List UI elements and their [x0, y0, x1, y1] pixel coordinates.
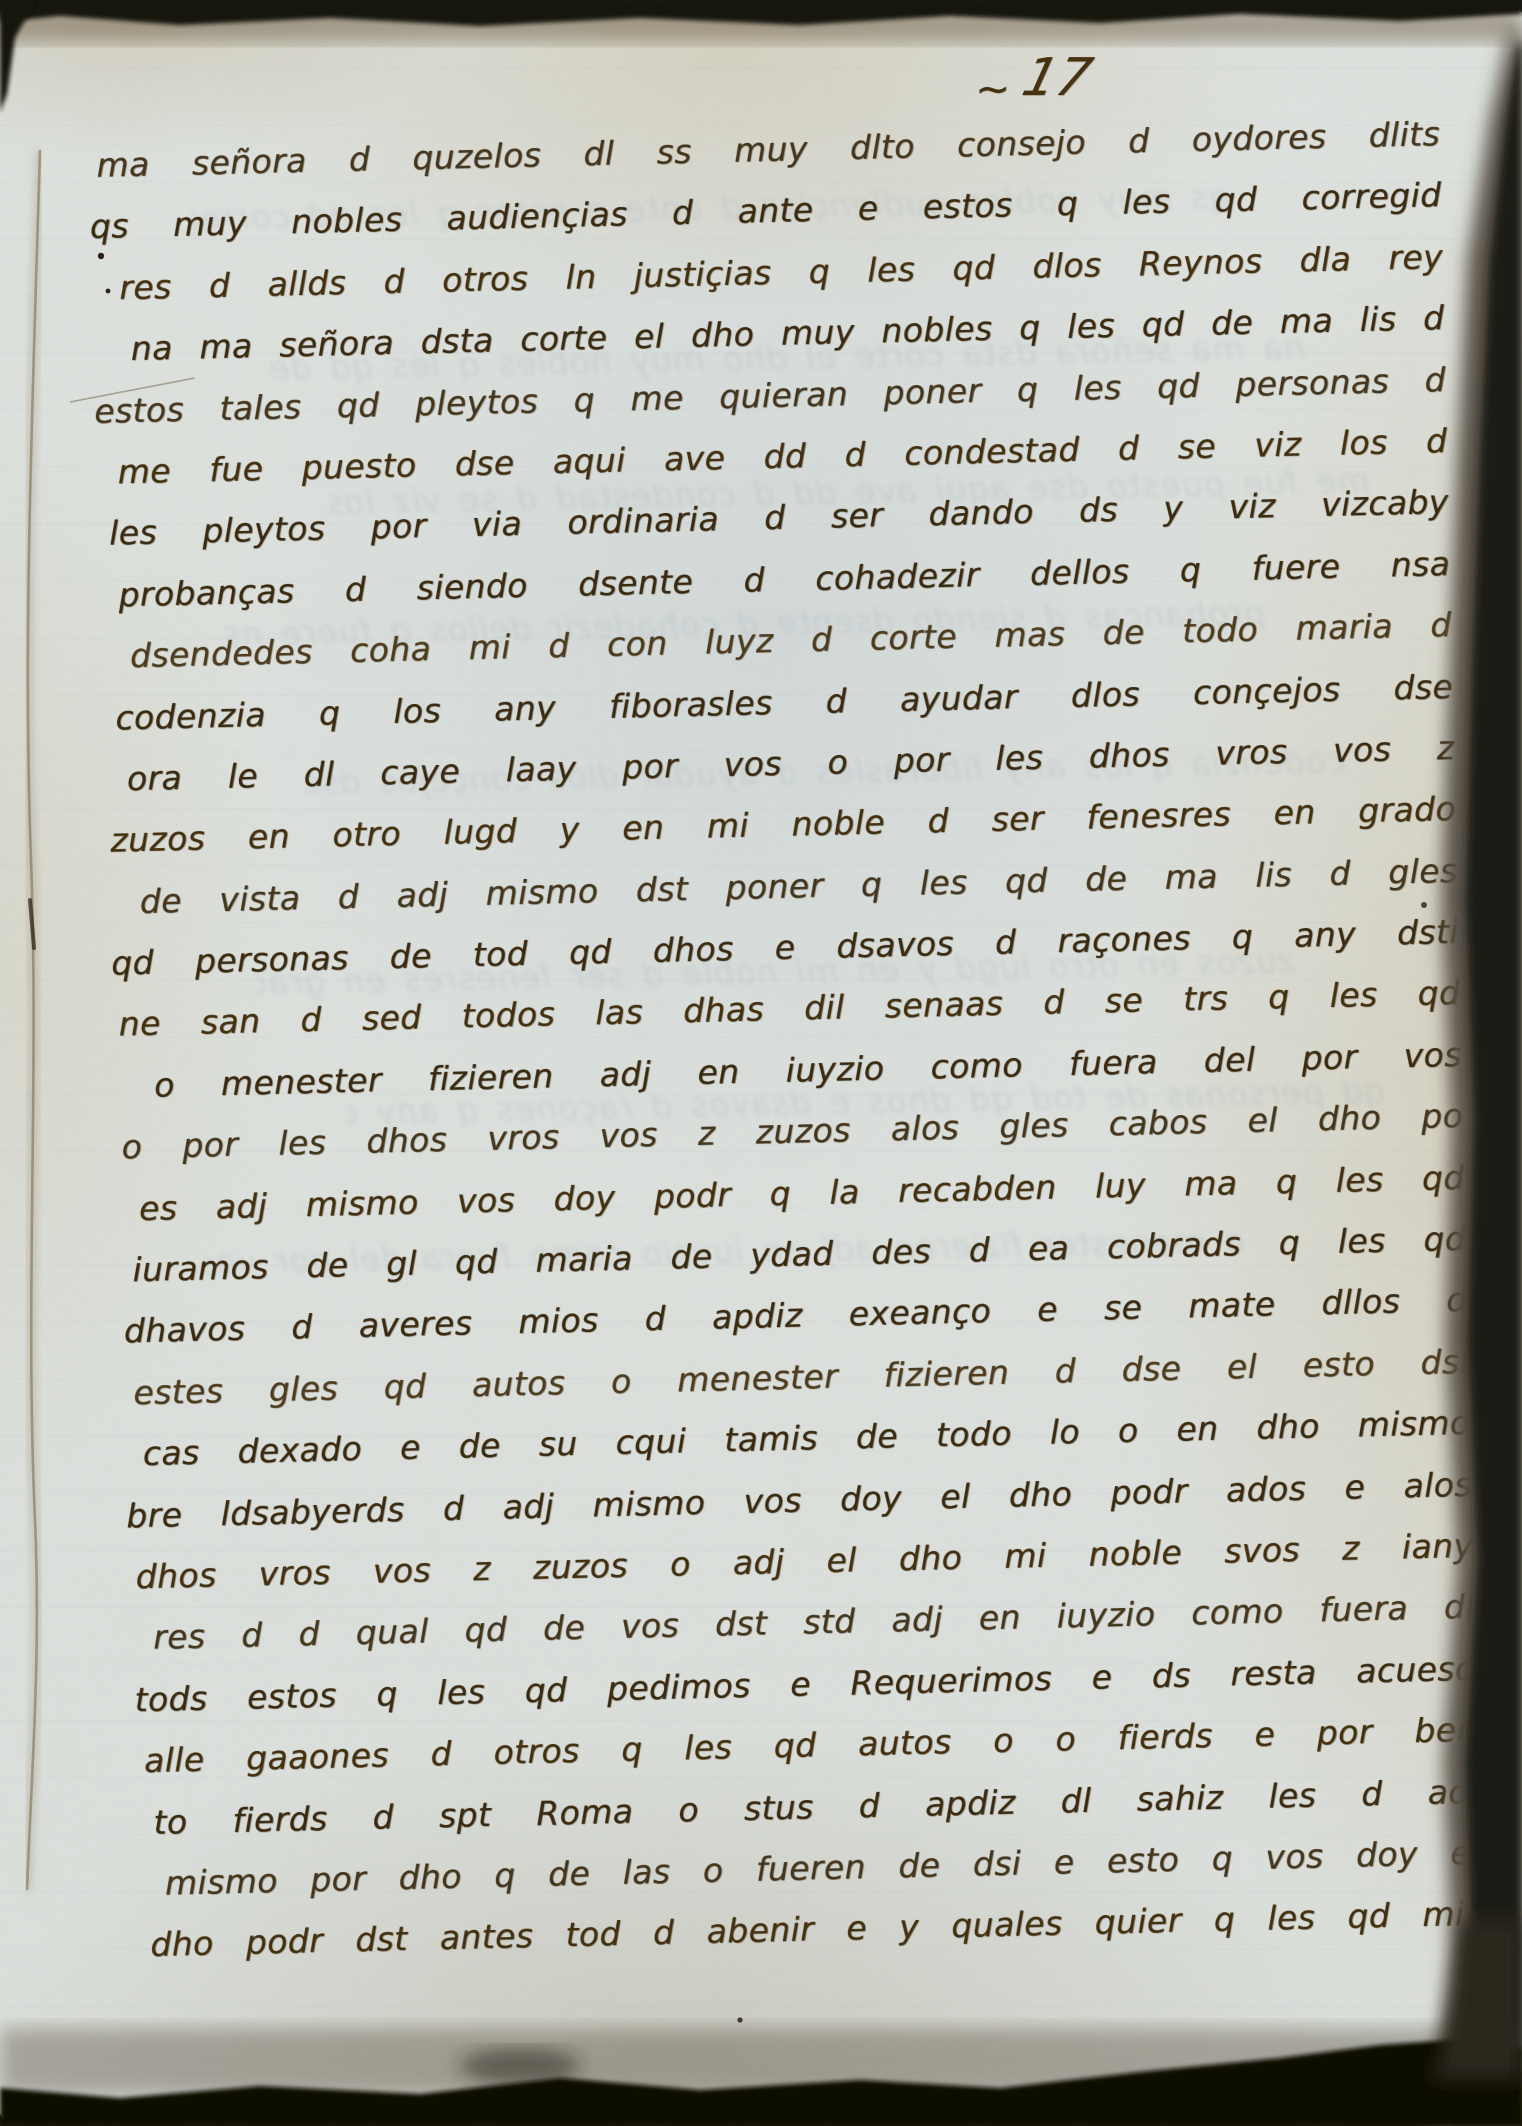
ink-speck: [737, 2017, 742, 2022]
ink-speck: [98, 253, 104, 259]
bottom-right-corner-shadow: [1430, 1920, 1522, 2080]
ink-speck: [1421, 902, 1427, 908]
scratch-line: [70, 378, 195, 402]
ink-speck: [106, 289, 111, 294]
manuscript-scan: qs muy nobles audiençias d ante e estos …: [0, 0, 1522, 2126]
book-edges-overlay: [0, 0, 1522, 2126]
